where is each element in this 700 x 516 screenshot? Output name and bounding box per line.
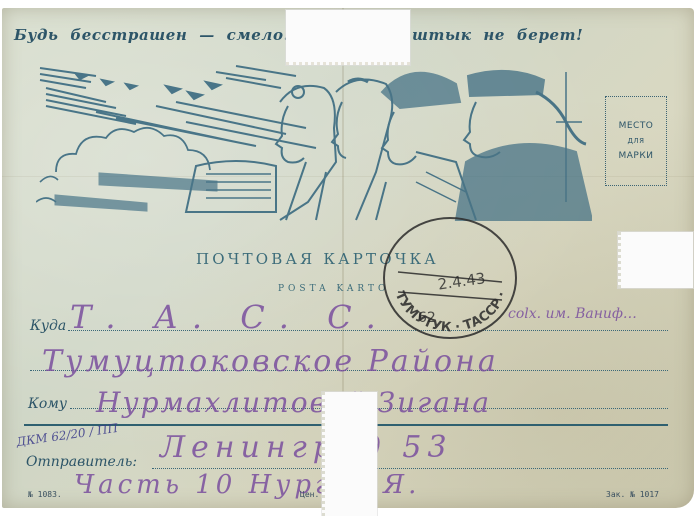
handwritten-to-line-1: Т. А. С. С. [70, 298, 390, 336]
removed-stamp-patch-right [618, 232, 693, 288]
card-subtitle: POSTA KARTO [278, 284, 389, 294]
removed-stamp-patch-top [286, 10, 410, 65]
stamp-place-label-2: ДЛЯ [627, 137, 644, 145]
cannon-icon [56, 161, 276, 212]
price-label: Цен. [300, 490, 319, 499]
postmark-stamp: ТУМУТУК · ТАССР · ТЫМЫ 2.4.43 62 [378, 214, 520, 344]
airplanes-icon [76, 74, 220, 99]
sailor-figure [456, 71, 592, 220]
handwritten-recipient: Нурмахлитовой Зигана [96, 386, 491, 419]
soldiers-illustration [36, 62, 592, 222]
sender-line [152, 468, 668, 469]
cloud-icon [56, 128, 210, 172]
to-label: Куда [30, 318, 66, 334]
sender-label: Отправитель: [26, 454, 137, 470]
removed-stamp-patch-bottom [322, 392, 377, 516]
stamp-place-label-1: МЕСТО [619, 121, 654, 131]
handwritten-to-extra: colх. им. Ваниф… [508, 306, 637, 322]
stamp-place-label-3: МАРКИ [619, 151, 654, 161]
stamp-place-box: МЕСТО ДЛЯ МАРКИ [605, 96, 667, 186]
print-run-code: № 1083. [28, 490, 62, 499]
postmark-number: 62 [418, 310, 436, 326]
whom-label: Кому [28, 396, 67, 412]
postmark-date: 2.4.43 [437, 269, 487, 293]
pilot-figure [276, 86, 336, 220]
handwritten-to-line-2: Тумуцтоковское Района [42, 344, 499, 379]
handwritten-sender-line-1: Ленинград 53 [160, 430, 453, 465]
order-number: Зак. № 1017 [606, 490, 659, 499]
